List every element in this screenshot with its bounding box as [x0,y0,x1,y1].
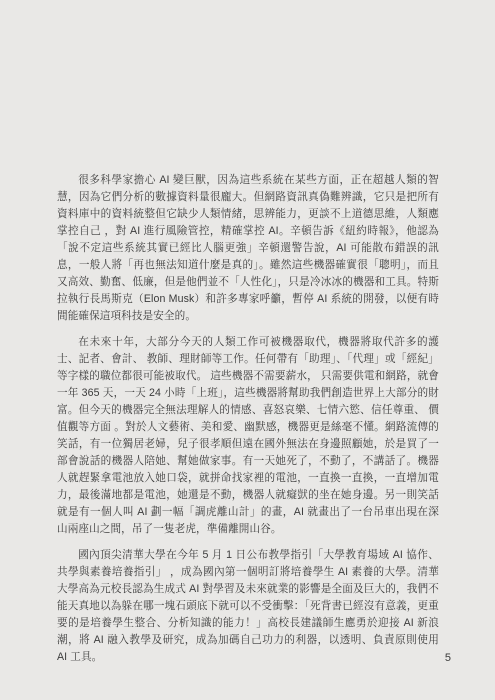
paragraph-tsinghua-ai-guidelines: 國內頂尖清華大學在今年 5 月 1 日公布教學指引「大學教育場域 AI 協作、共… [57,547,439,666]
document-page: 很多科學家擔心 AI 變巨獸，因為這些系統在某些方面，正在超越人類的智慧，因為它… [0,0,495,700]
paragraph-ai-risks: 很多科學家擔心 AI 變巨獸，因為這些系統在某些方面，正在超越人類的智慧，因為它… [57,172,439,325]
page-body: 很多科學家擔心 AI 變巨獸，因為這些系統在某些方面，正在超越人類的智慧，因為它… [57,172,439,675]
page-number: 5 [445,652,451,664]
paragraph-ai-job-replacement: 在未來十年，大部分今天的人類工作可被機器取代，機器將取代許多的護士、記者、會計、… [57,334,439,538]
